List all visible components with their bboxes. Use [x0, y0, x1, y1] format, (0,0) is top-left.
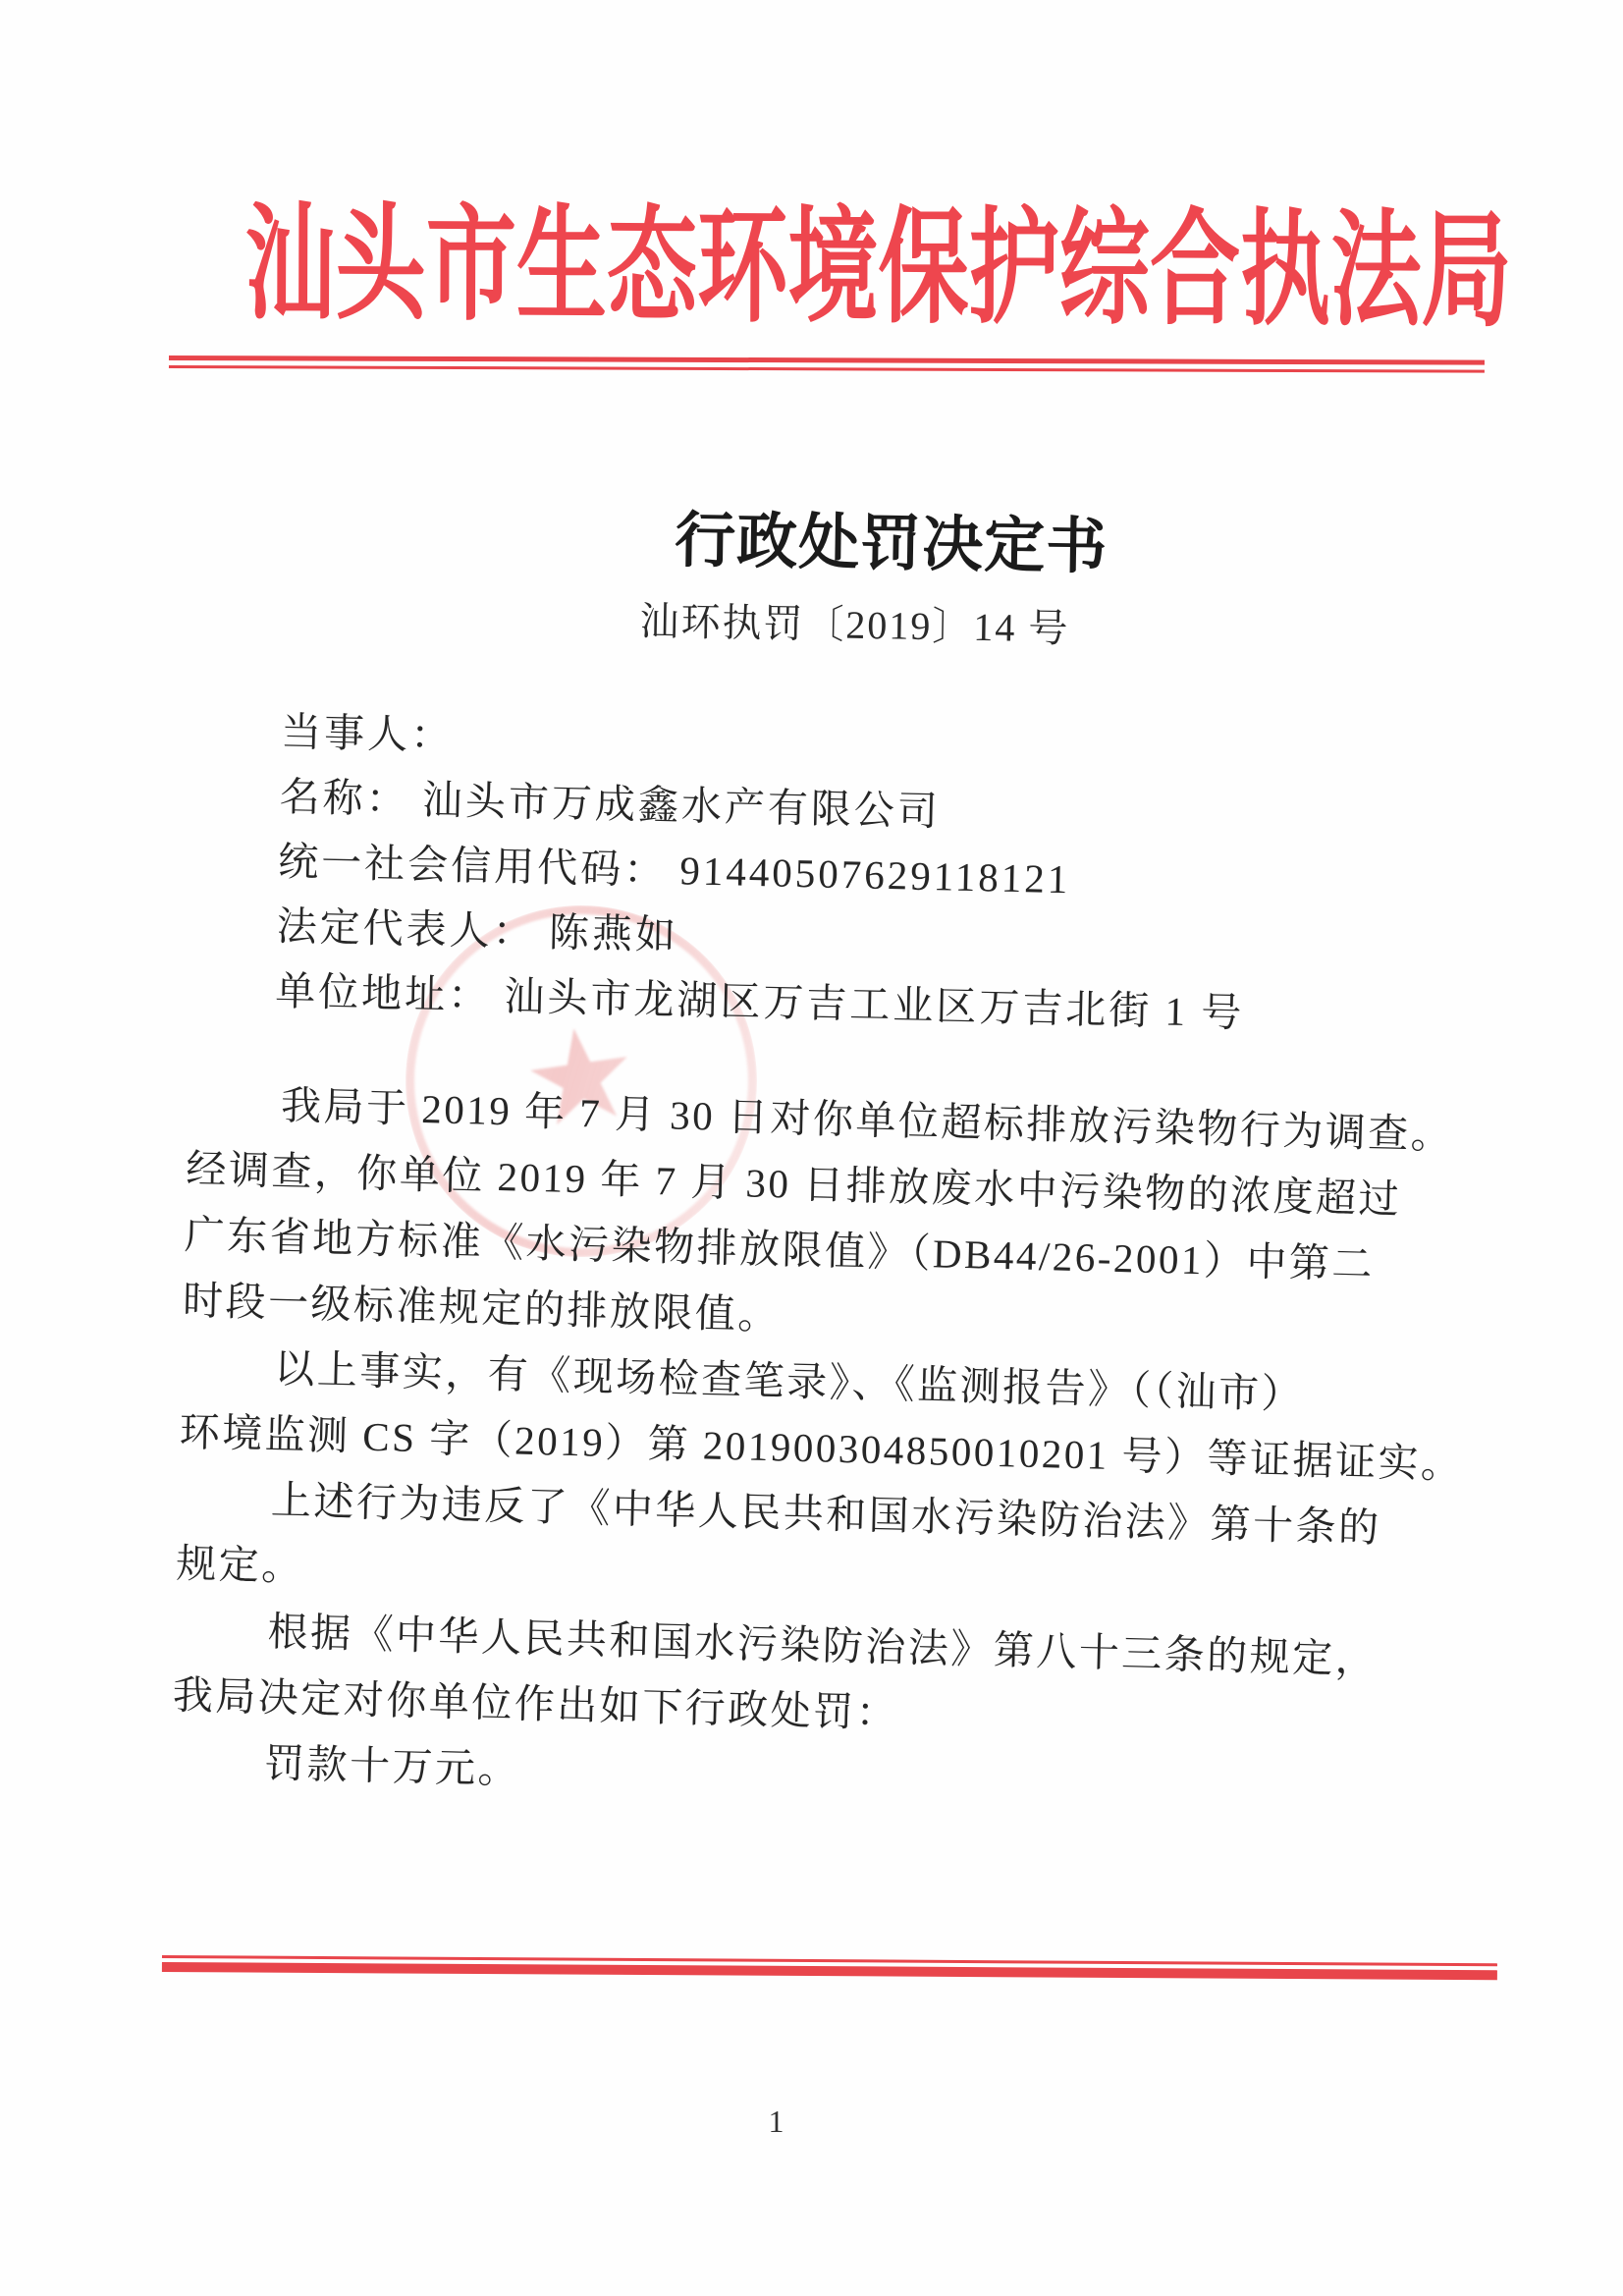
page-number: 1: [0, 2104, 1588, 2140]
agency-letterhead: 汕头市生态环境保护综合执法局: [244, 198, 1414, 338]
document-title: 行政处罚决定书: [675, 491, 1109, 585]
party-info-block: 当事人： 名称： 汕头市万成鑫水产有限公司 统一社会信用代码： 91440507…: [275, 699, 1251, 1045]
footer-divider: [162, 1955, 1497, 1980]
letterhead-divider: [169, 355, 1485, 373]
decision-body: 我局于 2019 年 7 月 30 日对你单位超标排放污染物行为调查。 经调查，…: [170, 1070, 1484, 1827]
penalty-decision-document-page: 汕头市生态环境保护综合执法局 行政处罚决定书 汕环执罚〔2019〕14 号 ★ …: [0, 0, 1623, 2296]
document-number: 汕环执罚〔2019〕14 号: [639, 590, 1070, 654]
